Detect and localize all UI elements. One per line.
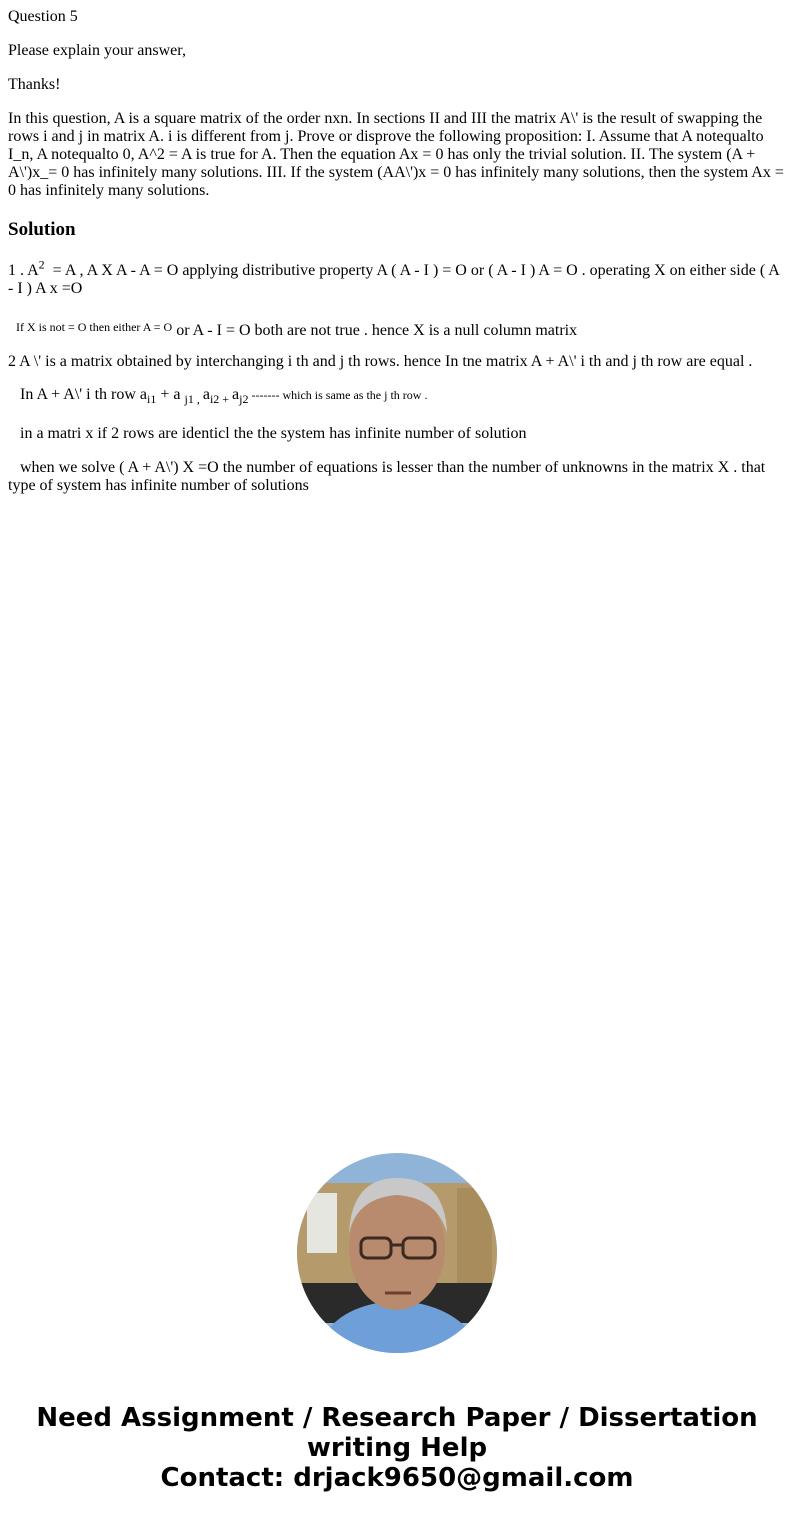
- question-thanks: Thanks!: [8, 76, 60, 94]
- question-body: In this question, A is a square matrix o…: [8, 110, 786, 200]
- s2d-text: when we solve ( A + A\') X =O the number…: [8, 459, 765, 494]
- promo-line-2: writing Help: [0, 1433, 794, 1463]
- s2b-t5: ------- which is same as the j th row .: [249, 388, 428, 402]
- s2b-sub4: j2: [239, 392, 248, 406]
- solution-part-2-identical-rows: in a matri x if 2 rows are identicl the …: [8, 425, 786, 443]
- promo-contact: Contact: drjack9650@gmail.com: [0, 1463, 794, 1493]
- solution-part-1: 1 . A2 = A , A X A - A = O applying dist…: [8, 262, 786, 298]
- s1-text: = A , A X A - A = O applying distributiv…: [8, 262, 783, 297]
- author-photo-icon: [297, 1153, 497, 1353]
- question-title: Question 5: [8, 8, 78, 26]
- solution-heading: Solution: [8, 219, 76, 241]
- question-request: Please explain your answer,: [8, 42, 186, 60]
- s2b-sub2: j1 ,: [184, 392, 202, 406]
- s2c-text: in a matri x if 2 rows are identicl the …: [20, 425, 527, 442]
- solution-part-1-conclusion: If X is not = O then either A = O or A -…: [8, 318, 786, 340]
- s1-prefix: 1 . A: [8, 262, 39, 279]
- promo-line-1: Need Assignment / Research Paper / Disse…: [0, 1403, 794, 1433]
- author-avatar: [297, 1153, 497, 1353]
- solution-part-2-conclusion: when we solve ( A + A\') X =O the number…: [8, 459, 786, 495]
- s1b-text: or A - I = O both are not true . hence X…: [172, 322, 577, 339]
- s2b-sub1: i1: [147, 392, 156, 406]
- s2b-t3: a: [203, 386, 210, 403]
- solution-part-2-rows: In A + A\' i th row ai1 + a j1 , ai2 + a…: [8, 386, 786, 404]
- solution-part-2: 2 A \' is a matrix obtained by interchan…: [8, 353, 786, 371]
- s2b-sub3: i2 +: [210, 392, 232, 406]
- s1b-small-text: If X is not = O then either A = O: [16, 320, 172, 334]
- s2b-t1: In A + A\' i th row a: [20, 386, 147, 403]
- s2b-t2: + a: [156, 386, 184, 403]
- promo-banner: Need Assignment / Research Paper / Disse…: [0, 1403, 794, 1493]
